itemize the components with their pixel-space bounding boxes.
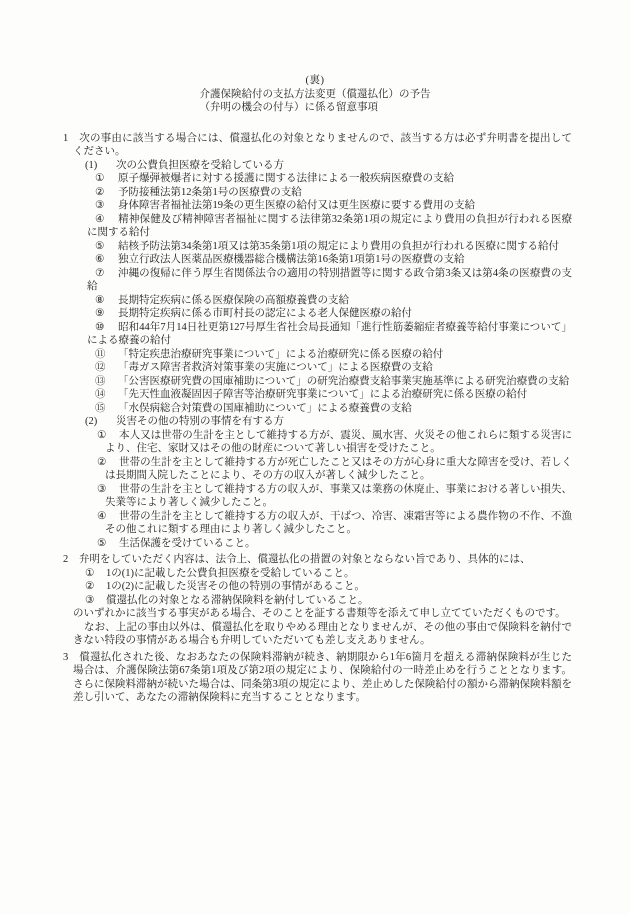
paragraph-text: 生活保護を受けていること。 bbox=[119, 538, 256, 549]
list-item: のいずれかに該当する事実がある場合、そのことを証する書類等を添えて申し立てていた… bbox=[0, 607, 572, 621]
item-marker: (2) bbox=[85, 415, 116, 429]
item-marker: ⑨ bbox=[95, 307, 118, 321]
list-item: ①本人又は世帯の生計を主として維持する方が、震災、風水害、火災その他これらに類す… bbox=[0, 429, 572, 456]
item-marker: ① bbox=[97, 429, 119, 443]
paragraph-text: 本人又は世帯の生計を主として維持する方が、震災、風水害、火災その他これらに類する… bbox=[105, 430, 572, 455]
list-item: ②予防接種法第12条第1号の医療費の支給 bbox=[0, 186, 572, 200]
paragraph-text: 精神保健及び精神障害者福祉に関する法律第32条第1項の規定により費用の負担が行わ… bbox=[87, 214, 572, 239]
paragraph-text: 弁明をしていただく内容は、法令上、償還払化の措置の対象とならない旨であり、具体的… bbox=[79, 554, 531, 565]
list-item: ②1の(2)に記載した災害その他の特別の事情があること。 bbox=[0, 580, 572, 594]
document-page: (裏) 介護保険給付の支払方法変更（償還払化）の予告 （弁明の機会の付与）に係る… bbox=[0, 0, 630, 915]
paragraph-text: 1の(1)に記載した公費負担医療を受給していること。 bbox=[106, 568, 355, 579]
list-item: (1)次の公費負担医療を受給している方 bbox=[0, 159, 572, 173]
item-marker: ② bbox=[95, 186, 118, 200]
item-marker: 1 bbox=[63, 132, 79, 146]
paragraph-text: なお、上記の事由以外は、償還払化を取りやめる理由となりませんが、その他の事由で保… bbox=[73, 622, 572, 647]
section-paragraph: 1次の事由に該当する場合には、償還払化の対象となりませんので、該当する方は必ず弁… bbox=[0, 132, 572, 159]
item-marker: 2 bbox=[63, 553, 79, 567]
document-title-line1: 介護保険給付の支払方法変更（償還払化）の予告 bbox=[200, 88, 431, 102]
item-marker: (1) bbox=[85, 159, 116, 173]
document-body: 1次の事由に該当する場合には、償還払化の対象となりませんので、該当する方は必ず弁… bbox=[0, 132, 572, 705]
paragraph-text: 世帯の生計を主として維持する方の収入が、事業又は業務の休廃止、事業における著しい… bbox=[105, 484, 572, 509]
item-marker: ③ bbox=[97, 483, 119, 497]
paragraph-text: 「毒ガス障害者救済対策事業の実施について」による医療費の支給 bbox=[118, 362, 433, 373]
paragraph-text: 独立行政法人医薬品医療機器総合機構法第16条第1項第1号の医療費の支給 bbox=[118, 254, 465, 265]
list-item: ③身体障害者福祉法第19条の更生医療の給付又は更生医療に要する費用の支給 bbox=[0, 199, 572, 213]
item-marker: ⑥ bbox=[95, 253, 118, 267]
item-marker: ④ bbox=[95, 213, 118, 227]
list-item: ⑫「毒ガス障害者救済対策事業の実施について」による医療費の支給 bbox=[0, 361, 572, 375]
list-item: ⑨長期特定疾病に係る市町村長の認定による老人保健医療の給付 bbox=[0, 307, 572, 321]
item-marker: ③ bbox=[95, 199, 118, 213]
paragraph-text: 「先天性血液凝固因子障害等治療研究事業について」による治療研究に係る医療の給付 bbox=[118, 389, 527, 400]
paragraph-text: 昭和44年7月14日社更第127号厚生省社会局長通知「進行性筋萎縮症者療養等給付… bbox=[87, 322, 572, 347]
list-item: ⑪「特定疾患治療研究事業について」による治療研究に係る医療の給付 bbox=[0, 348, 572, 362]
paragraph-text: 長期特定疾病に係る市町村長の認定による老人保健医療の給付 bbox=[118, 308, 412, 319]
list-item: ②世帯の生計を主として維持する方が死亡したこと又はその方が心身に重大な障害を受け… bbox=[0, 456, 572, 483]
list-item: ⑩昭和44年7月14日社更第127号厚生省社会局長通知「進行性筋萎縮症者療養等給… bbox=[0, 321, 572, 348]
paragraph-text: 結核予防法第34条第1項又は第35条第1項の規定により費用の負担が行われる医療に… bbox=[118, 241, 559, 252]
list-item: ①原子爆弾被爆者に対する援護に関する法律による一般疾病医療費の支給 bbox=[0, 172, 572, 186]
item-marker: ⑧ bbox=[95, 294, 118, 308]
paragraph-text: 「特定疾患治療研究事業について」による治療研究に係る医療の給付 bbox=[118, 349, 443, 360]
item-marker: ① bbox=[95, 172, 118, 186]
item-marker: ⑤ bbox=[95, 240, 118, 254]
list-item: ③償還払化の対象となる滞納保険料を納付していること。 bbox=[0, 594, 572, 608]
list-item: ⑭「先天性血液凝固因子障害等治療研究事業について」による治療研究に係る医療の給付 bbox=[0, 388, 572, 402]
page-side-label: (裏) bbox=[0, 74, 630, 88]
item-marker: ② bbox=[97, 456, 119, 470]
item-marker: ⑦ bbox=[95, 267, 118, 281]
section-paragraph: 3償還払化された後、なおあなたの保険料滞納が続き、納期限から1年6箇月を超える滞… bbox=[0, 651, 572, 705]
item-marker: ⑬ bbox=[95, 375, 118, 389]
item-marker: ⑤ bbox=[97, 537, 119, 551]
list-item: ⑤結核予防法第34条第1項又は第35条第1項の規定により費用の負担が行われる医療… bbox=[0, 240, 572, 254]
list-item: ③世帯の生計を主として維持する方の収入が、事業又は業務の休廃止、事業における著し… bbox=[0, 483, 572, 510]
paragraph-text: 沖縄の復帰に伴う厚生省関係法令の適用の特別措置等に関する政令第3条又は第4条の医… bbox=[87, 268, 572, 293]
paragraph-text: 身体障害者福祉法第19条の更生医療の給付又は更生医療に要する費用の支給 bbox=[118, 200, 475, 211]
paragraph-text: 予防接種法第12条第1号の医療費の支給 bbox=[118, 187, 302, 198]
list-item: ⑥独立行政法人医薬品医療機器総合機構法第16条第1項第1号の医療費の支給 bbox=[0, 253, 572, 267]
list-item: ⑤生活保護を受けていること。 bbox=[0, 537, 572, 551]
paragraph-text: 災害その他の特別の事情を有する方 bbox=[116, 416, 284, 427]
item-marker: ⑮ bbox=[95, 402, 118, 416]
list-item: ④精神保健及び精神障害者福祉に関する法律第32条第1項の規定により費用の負担が行… bbox=[0, 213, 572, 240]
list-item: ⑬「公害医療研究費の国庫補助について」の研究治療費支給事業実施基準による研究治療… bbox=[0, 375, 572, 389]
document-title-line2: （弁明の機会の付与）に係る留意事項 bbox=[200, 101, 431, 115]
paragraph-text: 次の公費負担医療を受給している方 bbox=[116, 160, 284, 171]
item-marker: ③ bbox=[85, 594, 106, 608]
paragraph-text: 原子爆弾被爆者に対する援護に関する法律による一般疾病医療費の支給 bbox=[118, 173, 454, 184]
document-title: 介護保険給付の支払方法変更（償還払化）の予告 （弁明の機会の付与）に係る留意事項 bbox=[200, 88, 431, 115]
list-item: ⑧長期特定疾病に係る医療保険の高額療養費の支給 bbox=[0, 294, 572, 308]
list-item: ④世帯の生計を主として維持する方の収入が、干ばつ、冷害、凍霜害等による農作物の不… bbox=[0, 510, 572, 537]
paragraph-text: 「水俣病総合対策費の国庫補助について」による療養費の支給 bbox=[118, 403, 412, 414]
section-paragraph: 2弁明をしていただく内容は、法令上、償還払化の措置の対象とならない旨であり、具体… bbox=[0, 553, 572, 567]
item-marker: ⑫ bbox=[95, 361, 118, 375]
paragraph-text: 世帯の生計を主として維持する方の収入が、干ばつ、冷害、凍霜害等による農作物の不作… bbox=[105, 511, 572, 536]
item-marker: ① bbox=[85, 567, 106, 581]
paragraph-text: 世帯の生計を主として維持する方が死亡したこと又はその方が心身に重大な障害を受け、… bbox=[105, 457, 572, 482]
paragraph-text: 「公害医療研究費の国庫補助について」の研究治療費支給事業実施基準による研究治療費… bbox=[118, 376, 569, 387]
paragraph-text: のいずれかに該当する事実がある場合、そのことを証する書類等を添えて申し立てていた… bbox=[73, 608, 566, 619]
paragraph-text: 長期特定疾病に係る医療保険の高額療養費の支給 bbox=[118, 295, 349, 306]
item-marker: 3 bbox=[63, 651, 79, 665]
item-marker: ④ bbox=[97, 510, 119, 524]
list-item: ⑮「水俣病総合対策費の国庫補助について」による療養費の支給 bbox=[0, 402, 572, 416]
list-item: なお、上記の事由以外は、償還払化を取りやめる理由となりませんが、その他の事由で保… bbox=[0, 621, 572, 648]
item-marker: ⑩ bbox=[95, 321, 118, 335]
list-item: (2)災害その他の特別の事情を有する方 bbox=[0, 415, 572, 429]
item-marker: ② bbox=[85, 580, 106, 594]
list-item: ⑦沖縄の復帰に伴う厚生省関係法令の適用の特別措置等に関する政令第3条又は第4条の… bbox=[0, 267, 572, 294]
paragraph-text: 償還払化の対象となる滞納保険料を納付していること。 bbox=[106, 595, 369, 606]
list-item: ①1の(1)に記載した公費負担医療を受給していること。 bbox=[0, 567, 572, 581]
item-marker: ⑪ bbox=[95, 348, 118, 362]
item-marker: ⑭ bbox=[95, 388, 118, 402]
paragraph-text: 償還払化された後、なおあなたの保険料滞納が続き、納期限から1年6箇月を超える滞納… bbox=[73, 652, 572, 704]
paragraph-text: 次の事由に該当する場合には、償還払化の対象となりませんので、該当する方は必ず弁明… bbox=[73, 133, 572, 158]
paragraph-text: 1の(2)に記載した災害その他の特別の事情があること。 bbox=[106, 581, 365, 592]
